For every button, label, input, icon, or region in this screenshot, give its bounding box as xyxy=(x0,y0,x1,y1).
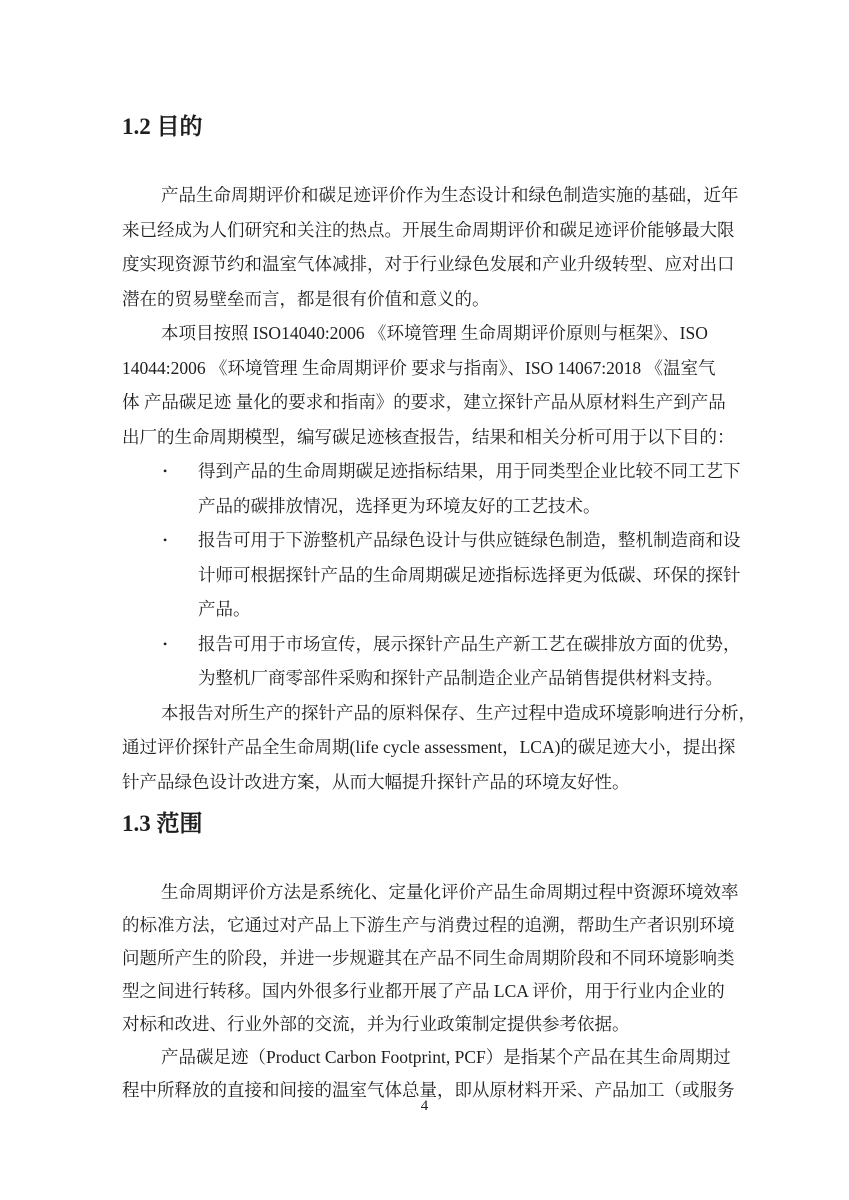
bullet-item: •报告可用于市场宣传，展示探针产品生产新工艺在碳排放方面的优势， 为整机厂商零部… xyxy=(122,627,731,696)
text-line: 报告可用于市场宣传，展示探针产品生产新工艺在碳排放方面的优势， xyxy=(198,634,741,654)
text-line: 报告可用于下游整机产品绿色设计与供应链绿色制造，整机制造商和设 xyxy=(198,530,741,550)
text-line: 针产品绿色设计改进方案，从而大幅提升探针产品的环境友好性。 xyxy=(122,765,731,800)
text-line: 对标和改进、行业外部的交流，并为行业政策制定提供参考依据。 xyxy=(122,1008,731,1041)
section-heading-1-2: 1.2 目的 xyxy=(122,112,731,142)
page-number: 4 xyxy=(0,1098,849,1114)
paragraph: 产品生命周期评价和碳足迹评价作为生态设计和绿色制造实施的基础，近年 来已经成为人… xyxy=(122,178,731,316)
text-line: 计师可根据探针产品的生命周期碳足迹指标选择更为低碳、环保的探针 xyxy=(122,558,731,593)
text-line: 问题所产生的阶段，并进一步规避其在产品不同生命周期阶段和不同环境影响类 xyxy=(122,942,731,975)
text-line: 本项目按照 ISO14040:2006 《环境管理 生命周期评价原则与框架》、I… xyxy=(122,316,731,351)
text-line: 产品生命周期评价和碳足迹评价作为生态设计和绿色制造实施的基础，近年 xyxy=(122,178,731,213)
text-line: 通过评价探针产品全生命周期(life cycle assessment，LCA)… xyxy=(122,730,731,765)
bullet-icon: • xyxy=(163,454,167,489)
text-line: 生命周期评价方法是系统化、定量化评价产品生命周期过程中资源环境效率 xyxy=(122,876,731,909)
bullet-item-line: •报告可用于下游整机产品绿色设计与供应链绿色制造，整机制造商和设 xyxy=(122,523,731,558)
bullet-icon: • xyxy=(163,523,167,558)
text-line: 产品的碳排放情况，选择更为环境友好的工艺技术。 xyxy=(122,489,731,524)
text-line: 本报告对所生产的探针产品的原料保存、生产过程中造成环境影响进行分析， xyxy=(122,696,731,731)
bullet-item-line: •得到产品的生命周期碳足迹指标结果，用于同类型企业比较不同工艺下 xyxy=(122,454,731,489)
bullet-item: •报告可用于下游整机产品绿色设计与供应链绿色制造，整机制造商和设 计师可根据探针… xyxy=(122,523,731,627)
section-body: 生命周期评价方法是系统化、定量化评价产品生命周期过程中资源环境效率 的标准方法，… xyxy=(122,876,731,1107)
bullet-icon: • xyxy=(163,627,167,662)
text-line: 的标准方法，它通过对产品上下游生产与消费过程的追溯，帮助生产者识别环境 xyxy=(122,909,731,942)
text-line: 出厂的生命周期模型，编写碳足迹核查报告，结果和相关分析可用于以下目的： xyxy=(122,420,731,455)
text-line: 得到产品的生命周期碳足迹指标结果，用于同类型企业比较不同工艺下 xyxy=(198,461,741,481)
text-line: 14044:2006 《环境管理 生命周期评价 要求与指南》、ISO 14067… xyxy=(122,351,731,386)
text-line: 潜在的贸易壁垒而言，都是很有价值和意义的。 xyxy=(122,282,731,317)
text-line: 来已经成为人们研究和关注的热点。开展生命周期评价和碳足迹评价能够最大限 xyxy=(122,213,731,248)
text-line: 产品。 xyxy=(122,592,731,627)
text-line: 度实现资源节约和温室气体减排，对于行业绿色发展和产业升级转型、应对出口 xyxy=(122,247,731,282)
section-heading-1-3: 1.3 范围 xyxy=(122,809,731,839)
paragraph: 生命周期评价方法是系统化、定量化评价产品生命周期过程中资源环境效率 的标准方法，… xyxy=(122,876,731,1041)
bullet-item-line: •报告可用于市场宣传，展示探针产品生产新工艺在碳排放方面的优势， xyxy=(122,627,731,662)
bullet-item: •得到产品的生命周期碳足迹指标结果，用于同类型企业比较不同工艺下 产品的碳排放情… xyxy=(122,454,731,523)
text-line: 体 产品碳足迹 量化的要求和指南》的要求，建立探针产品从原材料生产到产品 xyxy=(122,385,731,420)
text-line: 型之间进行转移。国内外很多行业都开展了产品 LCA 评价，用于行业内企业的 xyxy=(122,975,731,1008)
document-page: 1.2 目的 产品生命周期评价和碳足迹评价作为生态设计和绿色制造实施的基础，近年… xyxy=(0,0,849,1200)
paragraph: 本项目按照 ISO14040:2006 《环境管理 生命周期评价原则与框架》、I… xyxy=(122,316,731,454)
paragraph: 本报告对所生产的探针产品的原料保存、生产过程中造成环境影响进行分析， 通过评价探… xyxy=(122,696,731,800)
text-line: 产品碳足迹（Product Carbon Footprint, PCF）是指某个… xyxy=(122,1041,731,1074)
text-line: 为整机厂商零部件采购和探针产品制造企业产品销售提供材料支持。 xyxy=(122,661,731,696)
page-content: 1.2 目的 产品生命周期评价和碳足迹评价作为生态设计和绿色制造实施的基础，近年… xyxy=(122,0,731,1107)
